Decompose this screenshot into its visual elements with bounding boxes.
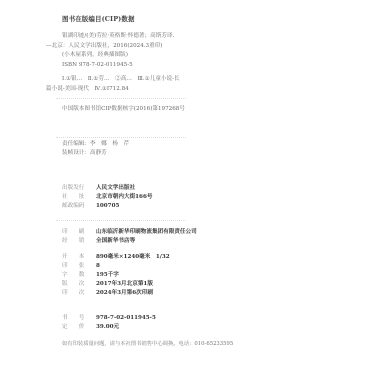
cip-line-publisher: —北京：人民文学出版社，2016(2024.3重印) xyxy=(46,42,346,52)
address-row: 社 址 北京市朝内大街166号 xyxy=(62,193,152,202)
label: 印 张 xyxy=(62,262,96,271)
editor-credit: 责任编辑：李 娜 杨 芹 xyxy=(62,140,129,149)
printed-sheets: 8 xyxy=(96,262,100,271)
book-format: 890毫米×1240毫米 1/32 xyxy=(96,253,170,262)
printer-row: 印 刷 山东临沂新华印刷物流集团有限责任公司 xyxy=(62,228,197,237)
publisher-name: 人民文学出版社 xyxy=(96,184,135,193)
label: 书 号 xyxy=(62,314,96,323)
cip-classification-line-1: Ⅰ.①银… Ⅱ.①劳… ②高… Ⅲ.①儿童小说-长 xyxy=(46,75,346,85)
divider xyxy=(56,220,186,221)
sheets-row: 印 张 8 xyxy=(62,262,170,271)
label: 印 刷 xyxy=(62,228,96,237)
cip-classification-line-2: 篇小说-美国-现代 Ⅳ.①I712.84 xyxy=(46,85,346,95)
isbn: 978-7-02-011945-5 xyxy=(96,314,156,323)
label: 版 次 xyxy=(62,280,96,289)
distributor-row: 经 销 全国新华书店等 xyxy=(62,237,197,246)
divider xyxy=(56,137,186,138)
format-row: 开 本 890毫米×1240毫米 1/32 xyxy=(62,253,170,262)
label: 社 址 xyxy=(62,193,96,202)
divider xyxy=(56,98,186,99)
edition: 2017年3月北京第1版 xyxy=(96,280,153,289)
label: 经 销 xyxy=(62,237,96,246)
label: 出版发行 xyxy=(62,184,96,193)
price-row: 定 价 39.00元 xyxy=(62,323,156,332)
cip-line-series: (小木屋系列，经典插图版) xyxy=(46,51,346,61)
publisher-row: 出版发行 人民文学出版社 xyxy=(62,184,152,193)
label: 字 数 xyxy=(62,271,96,280)
cip-line-isbn: ISBN 978-7-02-011945-5 xyxy=(46,61,346,71)
publisher-info: 出版发行 人民文学出版社 社 址 北京市朝内大街166号 邮政编码 100705 xyxy=(62,184,152,211)
cip-title: 图书在版编目(CIP)数据 xyxy=(62,14,135,23)
isbn-price-info: 书 号 978-7-02-011945-5 定 价 39.00元 xyxy=(62,314,156,332)
printing-info: 印 刷 山东临沂新华印刷物流集团有限责任公司 经 销 全国新华书店等 xyxy=(62,228,197,246)
postcode: 100705 xyxy=(96,202,119,211)
publisher-address: 北京市朝内大街166号 xyxy=(96,193,152,202)
label: 邮政编码 xyxy=(62,202,96,211)
edition-row: 版 次 2017年3月北京第1版 xyxy=(62,280,170,289)
cip-line-title: 银湖印迹/(美)劳拉·英格斯·怀德著；高斯芳译. xyxy=(46,32,346,42)
word-count-row: 字 数 195千字 xyxy=(62,271,170,280)
price: 39.00元 xyxy=(96,323,119,332)
quality-notice: 如有印装质量问题，请与本社图书销售中心调换。电话：010-65233595 xyxy=(62,339,233,347)
cip-record: 银湖印迹/(美)劳拉·英格斯·怀德著；高斯芳译. —北京：人民文学出版社，201… xyxy=(46,32,346,94)
label: 印 次 xyxy=(62,289,96,298)
word-count: 195千字 xyxy=(96,271,119,280)
distributor: 全国新华书店等 xyxy=(96,237,135,246)
label: 开 本 xyxy=(62,253,96,262)
label: 定 价 xyxy=(62,323,96,332)
credits: 责任编辑：李 娜 杨 芹 装帧设计：高静芳 xyxy=(62,140,129,158)
copyright-page: 图书在版编目(CIP)数据 银湖印迹/(美)劳拉·英格斯·怀德著；高斯芳译. —… xyxy=(0,0,375,375)
cip-record-number: 中国版本图书馆CIP数据核字(2016)第197268号 xyxy=(62,104,185,112)
format-info: 开 本 890毫米×1240毫米 1/32 印 张 8 字 数 195千字 版 … xyxy=(62,253,170,298)
impression-row: 印 次 2024年3月第6次印刷 xyxy=(62,289,170,298)
impression: 2024年3月第6次印刷 xyxy=(96,289,153,298)
designer-credit: 装帧设计：高静芳 xyxy=(62,149,129,158)
postcode-row: 邮政编码 100705 xyxy=(62,202,152,211)
printer: 山东临沂新华印刷物流集团有限责任公司 xyxy=(96,228,197,237)
isbn-row: 书 号 978-7-02-011945-5 xyxy=(62,314,156,323)
